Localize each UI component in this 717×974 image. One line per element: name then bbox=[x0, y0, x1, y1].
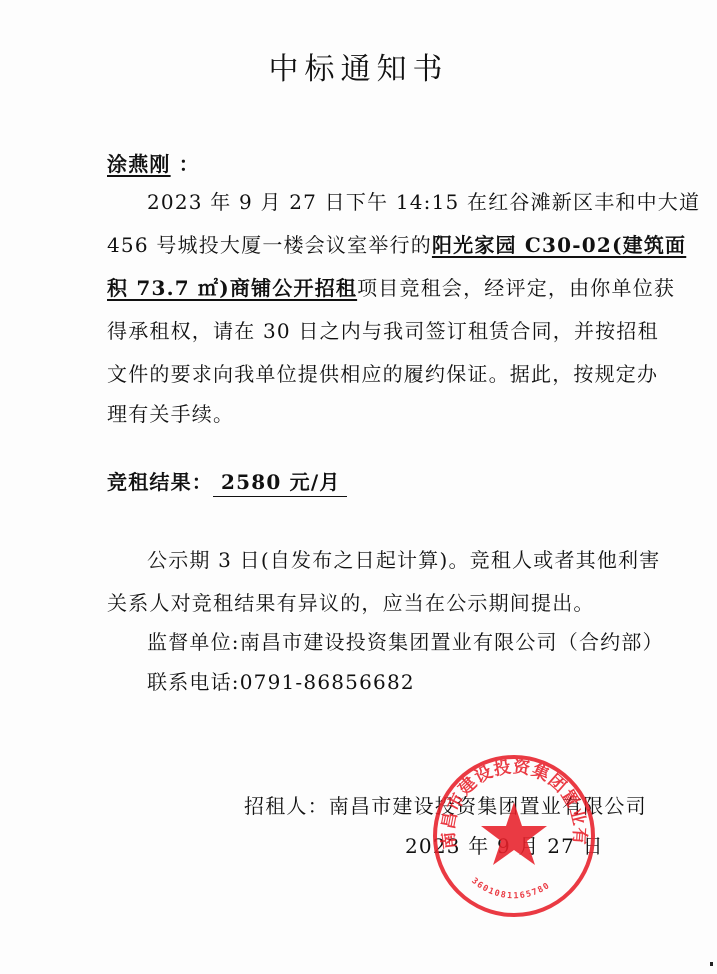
body-line-4: 得承租权，请在 30 日之内与我司签订租赁合同，并按招租 bbox=[107, 315, 659, 344]
notice-line-1: 公示期 3 日(自发布之日起计算)。竞租人或者其他利害 bbox=[147, 544, 660, 573]
project-name-part1: 阳光家园 C30-02(建筑面 bbox=[432, 233, 686, 257]
scan-speck bbox=[710, 962, 713, 966]
bid-result-label: 竞租结果： bbox=[107, 470, 213, 494]
body-line-3: 积 73.7 ㎡)商铺公开招租项目竞租会，经评定，由你单位获 bbox=[107, 272, 675, 301]
body-line-1: 2023 年 9 月 27 日下午 14:15 在红谷滩新区丰和中大道 bbox=[147, 186, 700, 215]
bid-result-value: 2580 元/月 bbox=[213, 466, 347, 497]
body-line-5: 文件的要求向我单位提供相应的履约保证。据此，按规定办 bbox=[107, 358, 658, 387]
project-name-part2: 积 73.7 ㎡)商铺公开招租 bbox=[107, 276, 357, 300]
body-line-6: 理有关手续。 bbox=[107, 398, 234, 427]
bid-result: 竞租结果：2580 元/月 bbox=[107, 466, 347, 497]
seal-number: 3601081165780 bbox=[469, 876, 552, 901]
addressee-colon: ： bbox=[171, 152, 200, 176]
document-title: 中标通知书 bbox=[0, 44, 717, 88]
body-line-2: 456 号城投大厦一楼会议室举行的阳光家园 C30-02(建筑面 bbox=[107, 229, 686, 258]
lessor-signature: 招租人：南昌市建设投资集团置业有限公司 bbox=[244, 790, 647, 819]
supervisor-line: 监督单位:南昌市建设投资集团置业有限公司（合约部） bbox=[147, 626, 664, 655]
notice-line-2: 关系人对竞租结果有异议的，应当在公示期间提出。 bbox=[107, 587, 595, 616]
addressee-line: 涂燕刚 ： bbox=[107, 148, 200, 177]
svg-text:3601081165780: 3601081165780 bbox=[469, 876, 552, 901]
document-page: 中标通知书 涂燕刚 ： 2023 年 9 月 27 日下午 14:15 在红谷滩… bbox=[0, 0, 717, 974]
body-line-3-suffix: 项目竞租会，经评定，由你单位获 bbox=[357, 276, 675, 300]
addressee-name: 涂燕刚 bbox=[107, 152, 171, 176]
signature-date: 2023 年 9 月 27 日 bbox=[405, 830, 604, 859]
phone-line: 联系电话:0791-86856682 bbox=[147, 666, 415, 695]
body-line-2-prefix: 456 号城投大厦一楼会议室举行的 bbox=[107, 233, 432, 257]
